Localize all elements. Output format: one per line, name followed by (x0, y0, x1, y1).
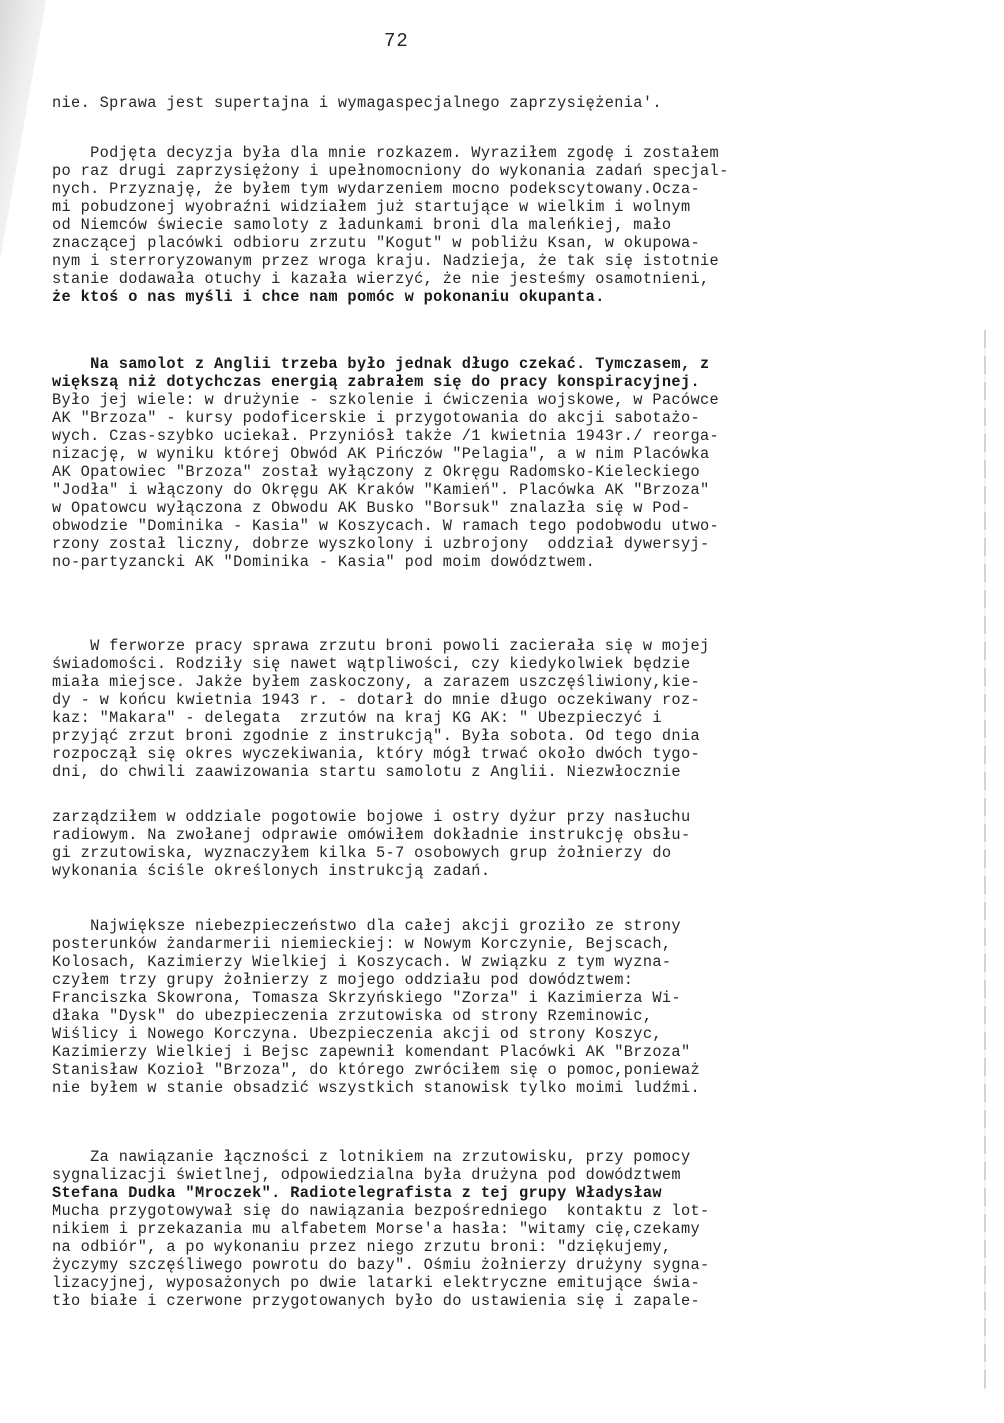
text-line: dni, do chwili zaawizowania startu samol… (52, 763, 681, 781)
text-line: "Jodła" i włączony do Okręgu AK Kraków "… (52, 481, 710, 499)
text-line: lizacyjnej, wyposażonych po dwie latarki… (52, 1274, 700, 1292)
text-line: Było jej wiele: w drużynie - szkolenie i… (52, 391, 719, 409)
text-line: Podjęta decyzja była dla mnie rozkazem. … (52, 144, 719, 162)
text-line: nikiem i przekazania mu alfabetem Morse'… (52, 1220, 700, 1238)
text-line: po raz drugi zaprzysiężony i upełnomocni… (52, 162, 729, 180)
text-line: miała miejsce. Jakże byłem zaskoczony, a… (52, 673, 700, 691)
text-line: sygnalizacji świetlnej, odpowiedzialna b… (52, 1166, 681, 1184)
text-line: posterunków żandarmerii niemieckiej: w N… (52, 935, 671, 953)
text-line: Kazimierzy Wielkiej i Bejsc zapewnił kom… (52, 1043, 690, 1061)
text-line: kaz: "Makara" - delegata zrzutów na kraj… (52, 709, 662, 727)
text-line: czyłem trzy grupy żołnierzy z mojego odd… (52, 971, 633, 989)
text-line: tło białe i czerwone przygotowanych było… (52, 1292, 700, 1310)
text-line: W ferworze pracy sprawa zrzutu broni pow… (52, 637, 710, 655)
text-line: nie byłem w stanie obsadzić wszystkich s… (52, 1079, 700, 1097)
text-line: wykonania ściśle określonych instrukcją … (52, 862, 490, 880)
text-line: świadomości. Rodziły się nawet wątpliwoś… (52, 655, 690, 673)
text-line: dłaka "Dysk" do ubezpieczenia zrzutowisk… (52, 1007, 652, 1025)
text-line: rozpoczął się okres wyczekiwania, który … (52, 745, 700, 763)
text-line: Stanisław Kozioł "Brzoza", do którego zw… (52, 1061, 700, 1079)
text-line: nych. Przyznaję, że byłem tym wydarzenie… (52, 180, 700, 198)
text-line: Mucha przygotowywał się do nawiązania be… (52, 1202, 710, 1220)
scanned-page-edge-shadow (0, 0, 46, 260)
text-line: wych. Czas-szybko uciekał. Przyniósł tak… (52, 427, 719, 445)
text-line: obwodzie "Dominika - Kasia" w Koszycach.… (52, 517, 719, 535)
text-line: Stefana Dudka "Mroczek". Radiotelegrafis… (52, 1184, 662, 1202)
text-line: nie. Sprawa jest supertajna i wymagaspec… (52, 94, 662, 112)
text-line: rzony został liczny, dobrze wyszkolony i… (52, 535, 710, 553)
text-line: Największe niebezpieczeństwo dla całej a… (52, 917, 681, 935)
text-line: Za nawiązanie łączności z lotnikiem na z… (52, 1148, 690, 1166)
text-line: znaczącej placówki odbioru zrzutu "Kogut… (52, 234, 700, 252)
text-line: przyjąć zrzut broni zgodnie z instrukcją… (52, 727, 700, 745)
text-line: że ktoś o nas myśli i chce nam pomóc w p… (52, 288, 605, 306)
text-line: na odbiór", a po wykonaniu przez niego z… (52, 1238, 671, 1256)
text-line: nym i sterroryzowanym przez wroga kraju.… (52, 252, 719, 270)
text-line: życzymy szczęśliwego powrotu do bazy". O… (52, 1256, 710, 1274)
text-line: mi pobudzonej wyobraźni widziałem już st… (52, 198, 690, 216)
text-line: AK Opatowiec "Brzoza" został wyłączony z… (52, 463, 700, 481)
text-line: no-partyzancki AK "Dominika - Kasia" pod… (52, 553, 595, 571)
text-line: większą niż dotychczas energią zabrałem … (52, 373, 700, 391)
text-line: nizację, w wyniku której Obwód AK Pińczó… (52, 445, 710, 463)
text-line: zarządziłem w oddziale pogotowie bojowe … (52, 808, 690, 826)
text-line: Wiślicy i Nowego Korczyna. Ubezpieczenia… (52, 1025, 662, 1043)
text-line: Kolosach, Kazimierzy Wielkiej i Koszycac… (52, 953, 671, 971)
text-line: Franciszka Skowrona, Tomasza Skrzyńskieg… (52, 989, 681, 1007)
text-line: gi zrzutowiska, wyznaczyłem kilka 5-7 os… (52, 844, 671, 862)
text-line: w Opatowcu wyłączona z Obwodu AK Busko "… (52, 499, 690, 517)
text-line: stanie dodawała otuchy i kazała wierzyć,… (52, 270, 710, 288)
text-line: od Niemców świecie samoloty z ładunkami … (52, 216, 671, 234)
text-line: radiowym. Na zwołanej odprawie omówiłem … (52, 826, 690, 844)
page-number: 72 (384, 30, 409, 52)
scanned-fold-line (984, 330, 986, 1390)
text-line: Na samolot z Anglii trzeba było jednak d… (52, 355, 710, 373)
text-line: dy - w końcu kwietnia 1943 r. - dotarł d… (52, 691, 700, 709)
text-line: AK "Brzoza" - kursy podoficerskie i przy… (52, 409, 700, 427)
